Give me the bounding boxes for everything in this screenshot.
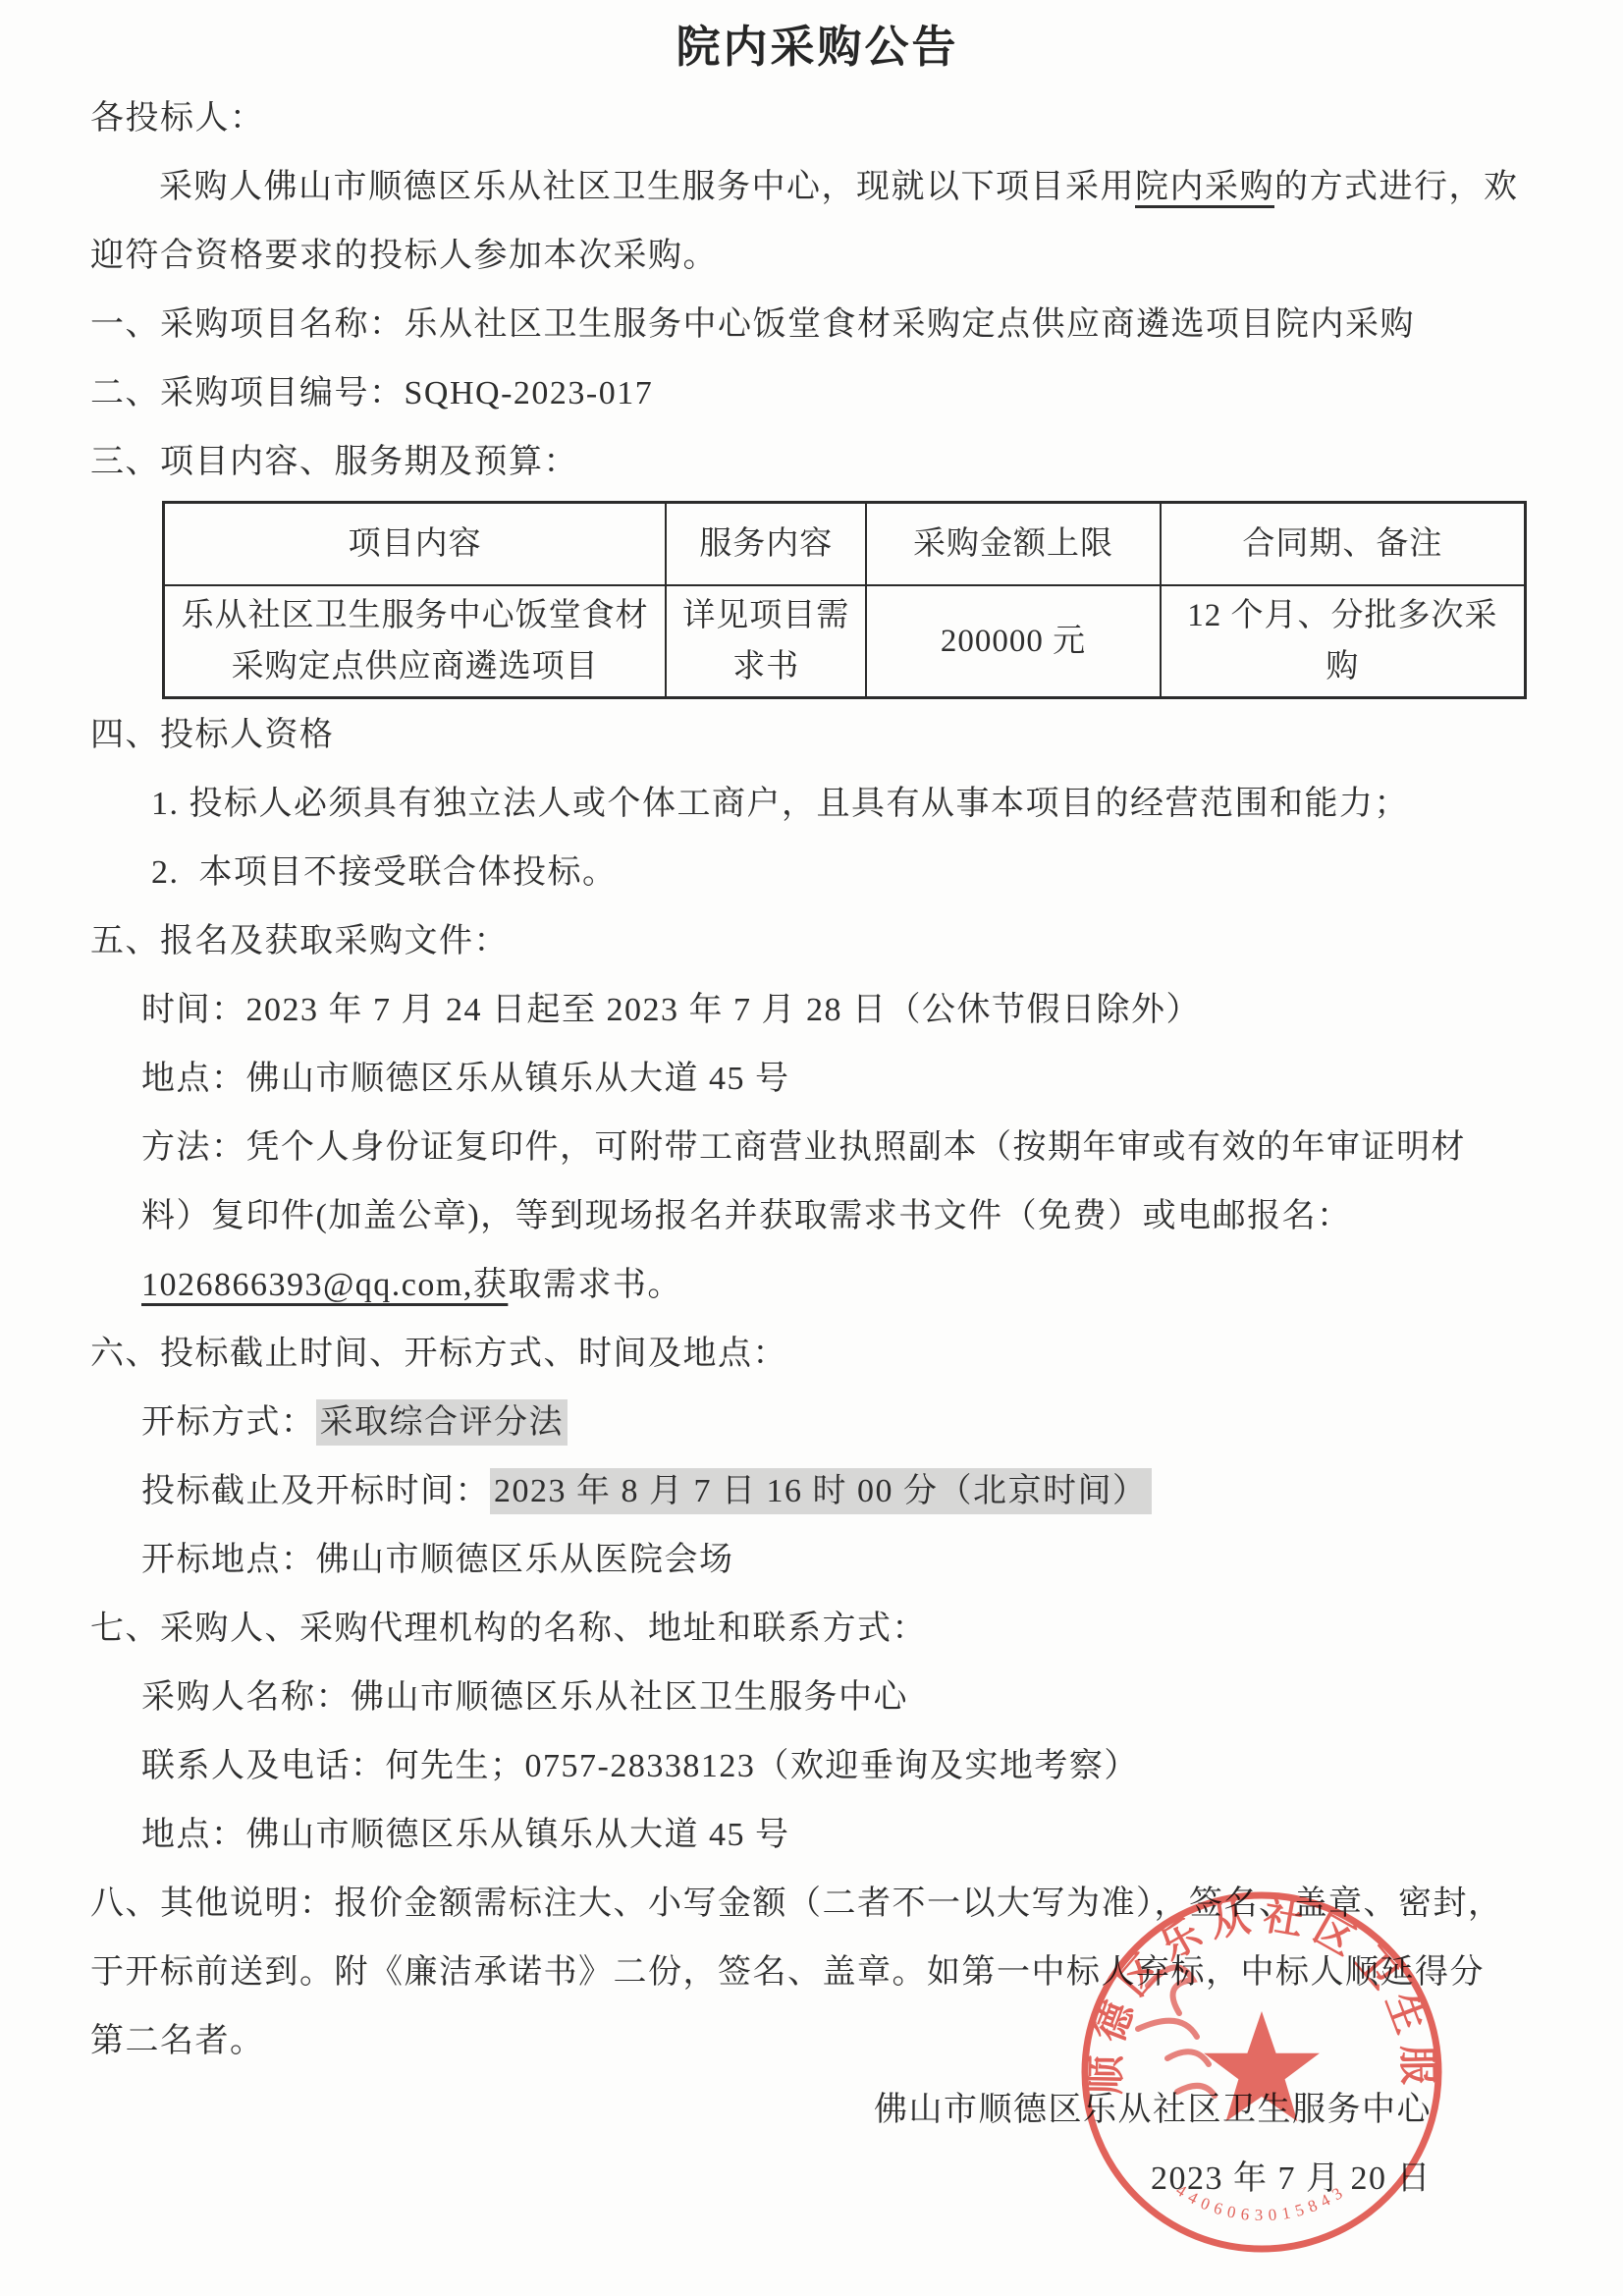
table-header-service-content: 服务内容	[666, 503, 866, 585]
email-line-rest: 取需求书。	[508, 1267, 682, 1303]
table-header-amount-cap: 采购金额上限	[866, 503, 1161, 585]
table-header-contract-remarks: 合同期、备注	[1161, 503, 1526, 585]
bid-deadline-label: 投标截止及开标时间：	[141, 1473, 490, 1509]
table-header-project-content: 项目内容	[164, 503, 667, 585]
project-table: 项目内容 服务内容 采购金额上限 合同期、备注 乐从社区卫生服务中心饭堂食材采购…	[162, 501, 1527, 699]
signature-org-name: 佛山市顺德区乐从社区卫生服务中心	[90, 2076, 1544, 2145]
signature-date: 2023 年 7 月 20 日	[90, 2145, 1544, 2214]
section-7-heading: 七、采购人、采购代理机构的名称、地址和联系方式：	[90, 1595, 1544, 1664]
section-1-project-name: 一、采购项目名称：乐从社区卫生服务中心饭堂食材采购定点供应商遴选项目院内采购	[90, 291, 1544, 359]
table-cell-service-content: 详见项目需求书	[666, 585, 866, 698]
table-cell-project-content: 乐从社区卫生服务中心饭堂食材采购定点供应商遴选项目	[164, 585, 667, 698]
bid-deadline-value: 2023 年 8 月 7 日 16 时 00 分（北京时间）	[490, 1468, 1152, 1514]
table-cell-amount-cap: 200000 元	[866, 585, 1161, 698]
bid-opening-place-line: 开标地点：佛山市顺德区乐从医院会场	[90, 1526, 1544, 1595]
contact-phone-line: 联系人及电话：何先生；0757-28338123（欢迎垂询及实地考察）	[90, 1732, 1544, 1801]
section-4-heading: 四、投标人资格	[90, 701, 1544, 770]
document-body: 院内采购公告 各投标人： 采购人佛山市顺德区乐从社区卫生服务中心，现就以下项目采…	[0, 0, 1623, 2296]
table-row: 乐从社区卫生服务中心饭堂食材采购定点供应商遴选项目 详见项目需求书 200000…	[164, 585, 1526, 698]
intro-underlined-term: 院内采购	[1135, 169, 1274, 205]
buyer-name-line: 采购人名称：佛山市顺德区乐从社区卫生服务中心	[90, 1664, 1544, 1732]
registration-method-line-1: 方法：凭个人身份证复印件，可附带工商营业执照副本（按期年审或有效的年审证明材	[90, 1114, 1544, 1182]
section-6-heading: 六、投标截止时间、开标方式、时间及地点：	[90, 1320, 1544, 1389]
section-3-heading: 三、项目内容、服务期及预算：	[90, 428, 1544, 497]
bid-opening-method-label: 开标方式：	[141, 1404, 316, 1441]
table-header-row: 项目内容 服务内容 采购金额上限 合同期、备注	[164, 503, 1526, 585]
intro-text-b: 的方式进行，欢	[1274, 169, 1519, 205]
registration-time: 时间：2023 年 7 月 24 日起至 2023 年 7 月 28 日（公休节…	[90, 976, 1544, 1045]
email-address: 1026866393@qq.com,获	[141, 1267, 508, 1303]
section-8-line-3: 第二名者。	[90, 2007, 1544, 2076]
registration-method-line-2: 料）复印件(加盖公章)，等到现场报名并获取需求书文件（免费）或电邮报名：	[90, 1182, 1544, 1251]
bid-opening-method-line: 开标方式：采取综合评分法	[90, 1389, 1544, 1457]
bid-deadline-line: 投标截止及开标时间：2023 年 8 月 7 日 16 时 00 分（北京时间）	[90, 1457, 1544, 1526]
qualification-item-1: 1. 投标人必须具有独立法人或个体工商户，且具有从事本项目的经营范围和能力；	[90, 770, 1544, 839]
section-8-line-1: 八、其他说明：报价金额需标注大、小写金额（二者不一以大写为准），签名、盖章、密封…	[90, 1870, 1544, 1939]
buyer-address-line: 地点：佛山市顺德区乐从镇乐从大道 45 号	[90, 1801, 1544, 1870]
intro-line-2: 迎符合资格要求的投标人参加本次采购。	[90, 222, 1544, 291]
section-5-heading: 五、报名及获取采购文件：	[90, 907, 1544, 976]
section-8-line-2: 于开标前送到。附《廉洁承诺书》二份，签名、盖章。如第一中标人弃标，中标人顺延得分	[90, 1939, 1544, 2007]
table-cell-contract-remarks: 12 个月、分批多次采购	[1161, 585, 1526, 698]
salutation: 各投标人：	[90, 84, 1544, 153]
intro-text-a: 采购人佛山市顺德区乐从社区卫生服务中心，现就以下项目采用	[159, 169, 1135, 205]
page-title: 院内采购公告	[90, 10, 1544, 84]
qualification-item-2: 2. 本项目不接受联合体投标。	[90, 839, 1544, 907]
scanned-procurement-notice: 院内采购公告 各投标人： 采购人佛山市顺德区乐从社区卫生服务中心，现就以下项目采…	[0, 0, 1623, 2296]
registration-place: 地点：佛山市顺德区乐从镇乐从大道 45 号	[90, 1045, 1544, 1114]
intro-line-1: 采购人佛山市顺德区乐从社区卫生服务中心，现就以下项目采用院内采购的方式进行，欢	[90, 153, 1544, 222]
section-2-project-number: 二、采购项目编号：SQHQ-2023-017	[90, 359, 1544, 428]
project-table-wrapper: 项目内容 服务内容 采购金额上限 合同期、备注 乐从社区卫生服务中心饭堂食材采购…	[162, 501, 1527, 699]
bid-opening-method-value: 采取综合评分法	[316, 1399, 568, 1446]
registration-email-line: 1026866393@qq.com,获取需求书。	[90, 1251, 1544, 1320]
